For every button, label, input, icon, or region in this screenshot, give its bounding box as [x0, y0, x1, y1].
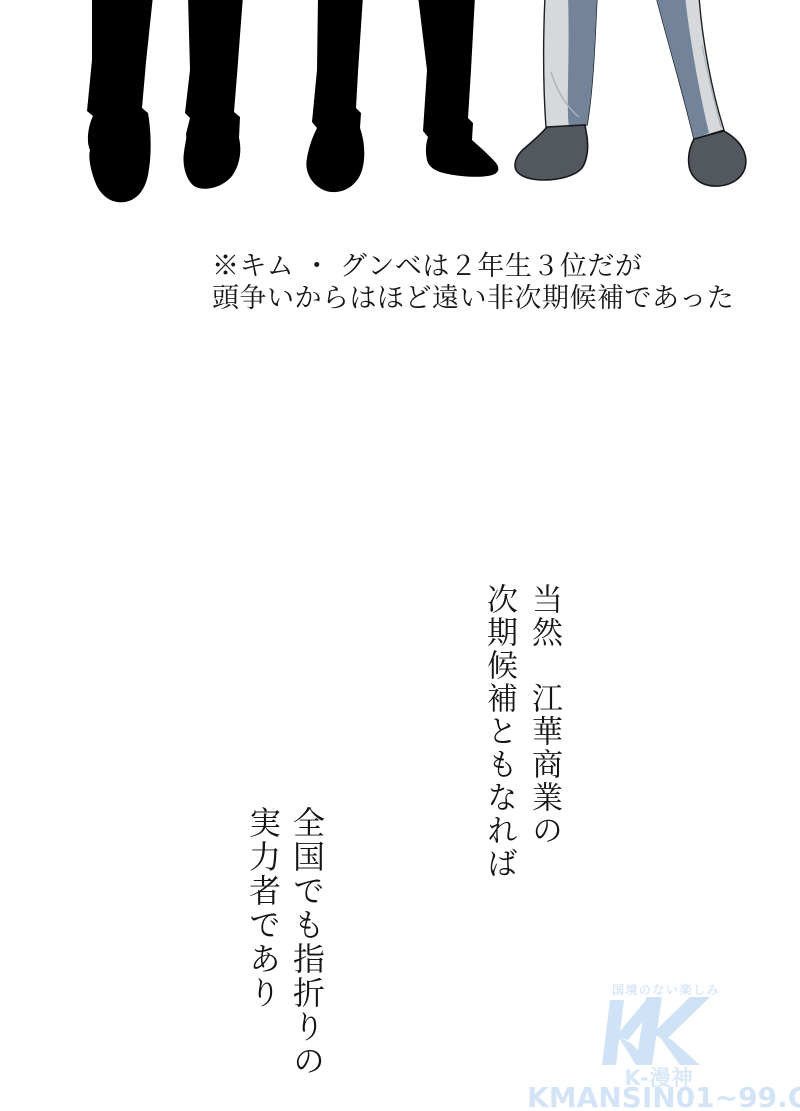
manga-page: ※キム ・ グンベは２年生３位だが 頭争いからはほど遠い非次期候補であった 当然…: [0, 0, 800, 1111]
narration-block-2: 全国でも指折りの 実力者であり: [241, 806, 329, 1106]
pants-left-leg-shade: [568, 0, 597, 126]
caption-line-2: 頭争いからはほど遠い非次期候補であった: [212, 283, 734, 315]
silhouette-person-2: [306, 0, 498, 192]
caption-line-1: ※キム ・ グンベは２年生３位だが: [212, 251, 734, 283]
k-logo-big-arm: [652, 997, 710, 1040]
watermark-logo-text: K-漫神: [604, 1062, 714, 1092]
silhouette-1-left-leg: [87, 0, 153, 202]
narration-1-column-left: 次期候補ともなれば: [476, 583, 521, 933]
k-logo-big-leg: [656, 1032, 700, 1065]
silhouette-2-right-leg: [418, 0, 498, 177]
legs-illustration: [0, 0, 800, 205]
k-logo-small-spine: [602, 1000, 624, 1065]
k-logo-icon: [598, 993, 714, 1067]
silhouette-person-1: [87, 0, 243, 202]
caption-text: ※キム ・ グンベは２年生３位だが 頭争いからはほど遠い非次期候補であった: [212, 251, 734, 315]
left-shoe: [515, 125, 588, 180]
watermark-url: KMANSIN01~99.COM: [527, 1081, 800, 1111]
silhouette-2-left-leg: [306, 0, 364, 192]
narration-1-column-right: 当然 江華商業の: [521, 583, 566, 933]
right-shoe: [689, 131, 746, 186]
narration-2-column-left: 実力者であり: [241, 806, 285, 1106]
k-logo-small-arm: [616, 1000, 660, 1040]
silhouette-1-right-leg: [183, 0, 243, 189]
narration-2-column-right: 全国でも指折りの: [285, 806, 329, 1106]
watermark-tagline: 国境のない楽しみ: [606, 981, 726, 998]
gray-pants-person: [515, 0, 746, 186]
narration-block-1: 当然 江華商業の 次期候補ともなれば: [476, 583, 566, 933]
k-logo-big-spine: [636, 997, 662, 1065]
k-logo-small-leg: [618, 1036, 652, 1065]
